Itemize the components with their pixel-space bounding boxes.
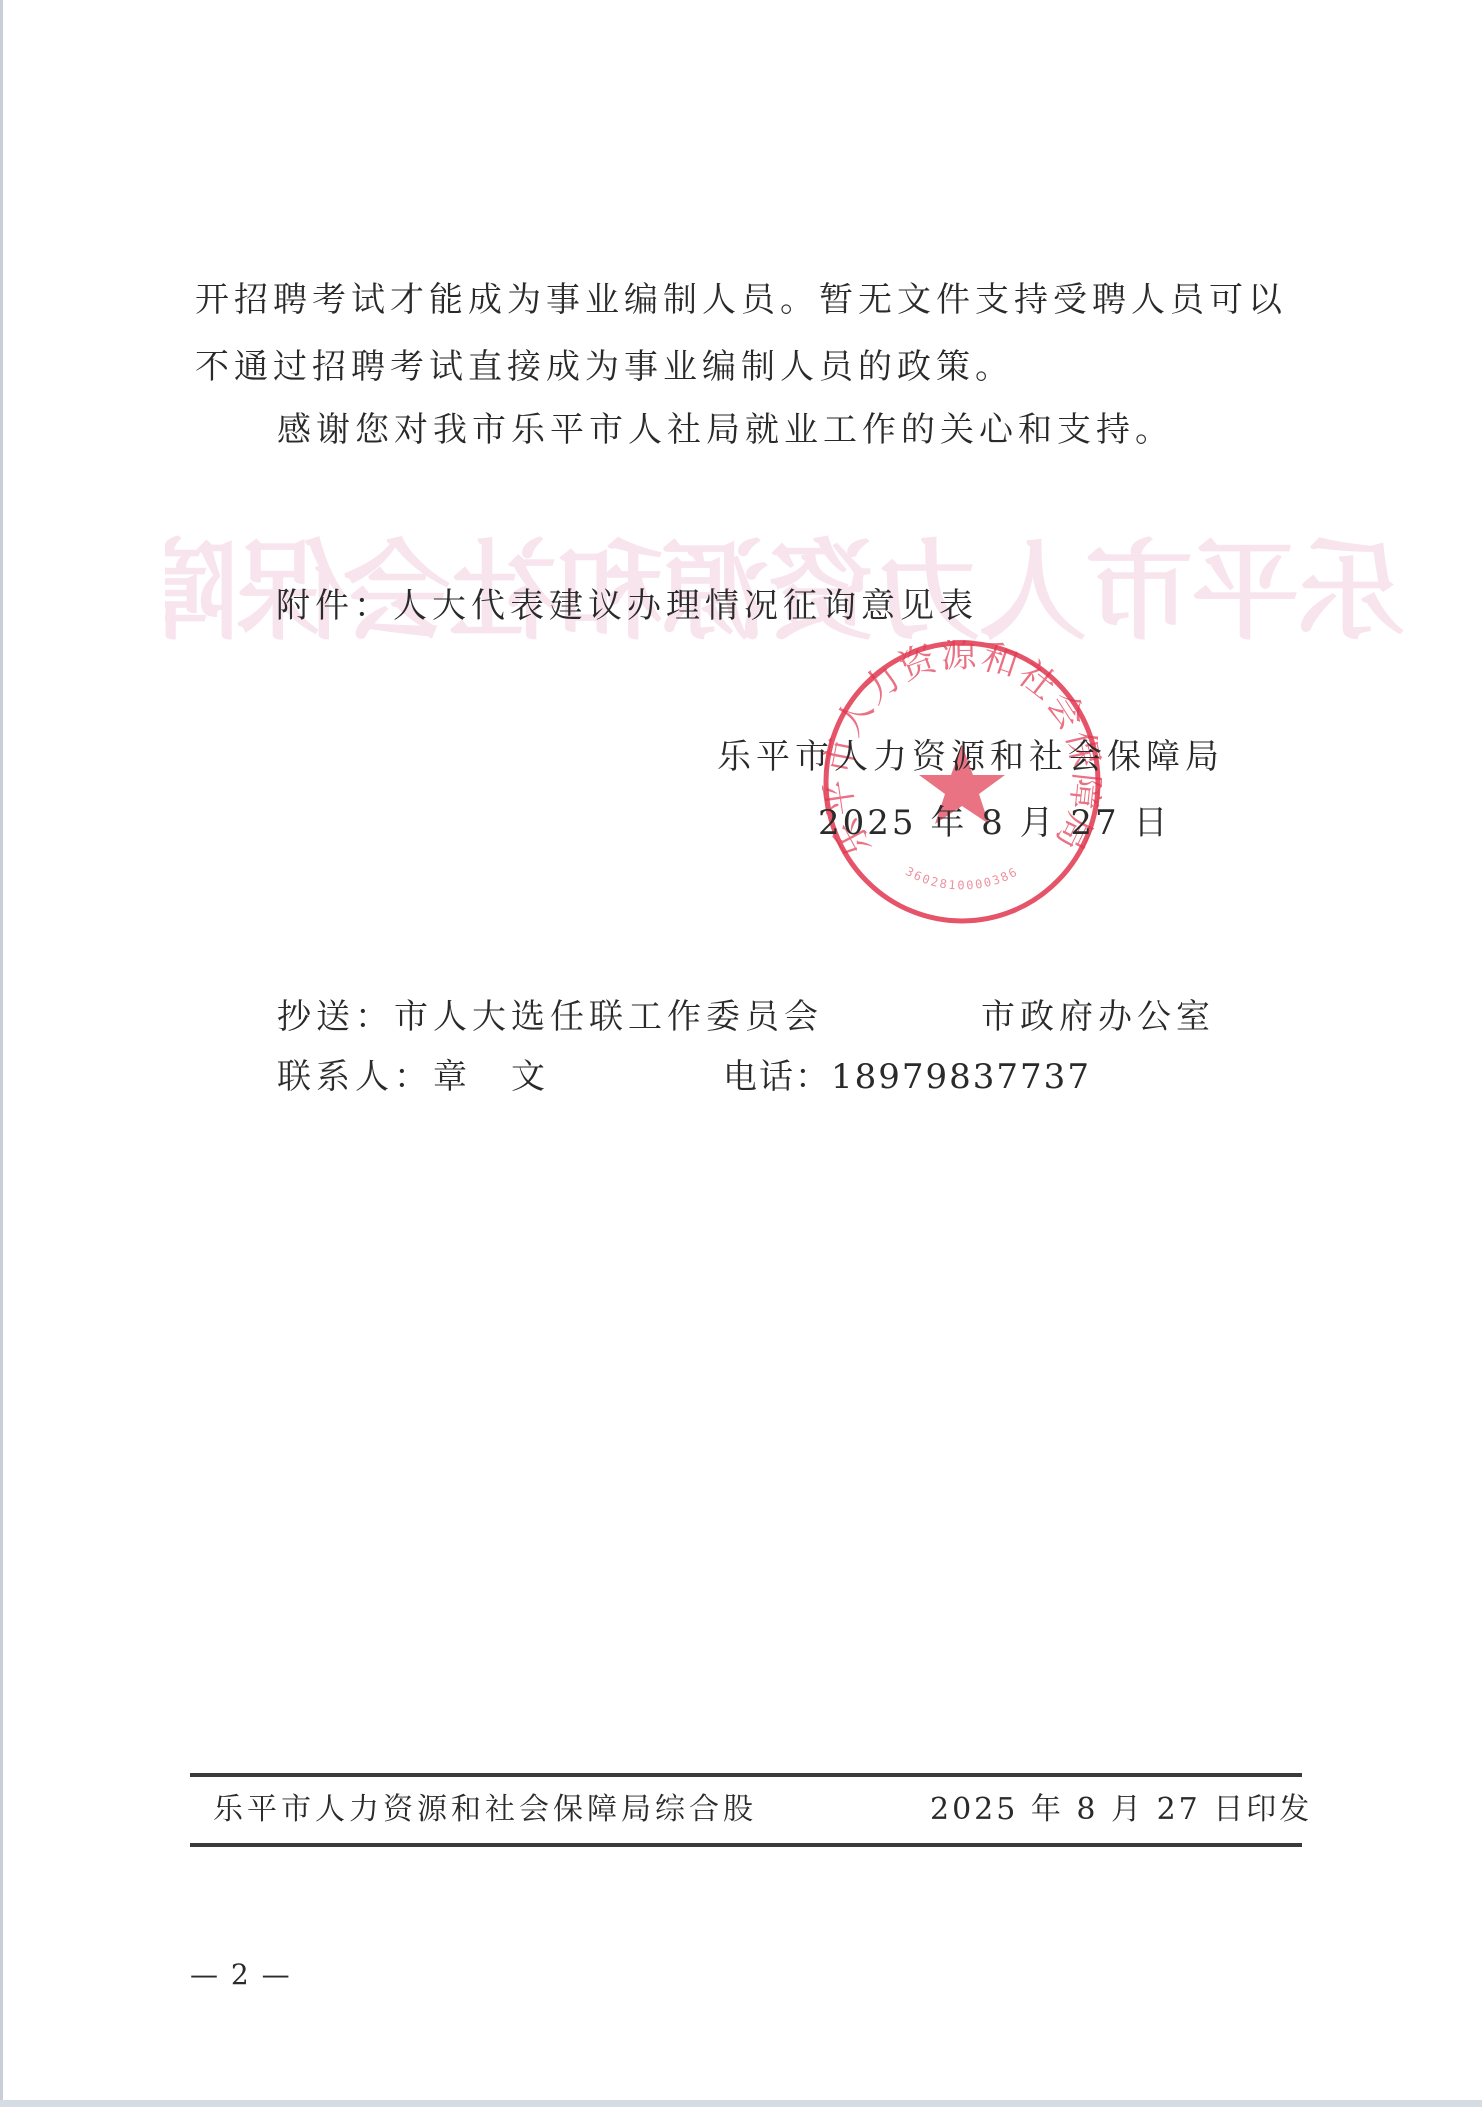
contact-name: 章 文 [433, 1057, 550, 1097]
svg-text:3602810000386: 3602810000386 [903, 864, 1021, 892]
footer-issue-date: 2025 年 8 月 27 日印发 [930, 1792, 1312, 1828]
signature-date: 2025 年 8 月 27 日 [818, 803, 1170, 843]
phone-label: 电话： [723, 1057, 831, 1097]
body-line-1: 开招聘考试才能成为事业编制人员。暂无文件支持受聘人员可以 [195, 280, 1287, 320]
official-seal-icon: 乐平市人力资源和社会保障局 3602810000386 [822, 640, 1102, 925]
footer-rule-top [190, 1773, 1302, 1777]
footer-issuer: 乐平市人力资源和社会保障局综合股 [213, 1792, 757, 1828]
thanks-paragraph: 感谢您对我市乐平市人社局就业工作的关心和支持。 [277, 410, 1174, 450]
scan-edge-bottom [0, 2100, 1482, 2107]
phone-number: 18979837737 [831, 1057, 1091, 1097]
signature-organization: 乐平市人力资源和社会保障局 [717, 737, 1224, 777]
contact-label: 联系人： [277, 1057, 433, 1097]
cc-row: 抄送：市人大选任联工作委员会 [277, 997, 823, 1037]
footer-rule-bottom [190, 1843, 1302, 1847]
contact-row: 联系人：章 文 [277, 1057, 550, 1097]
scan-edge-left [0, 0, 3, 2107]
seal-code: 3602810000386 [903, 864, 1021, 892]
page-number: — 2 — [190, 1958, 292, 1992]
cc-label: 抄送： [277, 997, 394, 1037]
phone-row: 电话：18979837737 [723, 1057, 1091, 1097]
cc-recipient-2: 市政府办公室 [981, 997, 1215, 1037]
attachment-note: 附件：人大代表建议办理情况征询意见表 [276, 586, 978, 626]
body-line-2: 不通过招聘考试直接成为事业编制人员的政策。 [195, 347, 1014, 387]
cc-recipient-1: 市人大选任联工作委员会 [394, 997, 823, 1037]
